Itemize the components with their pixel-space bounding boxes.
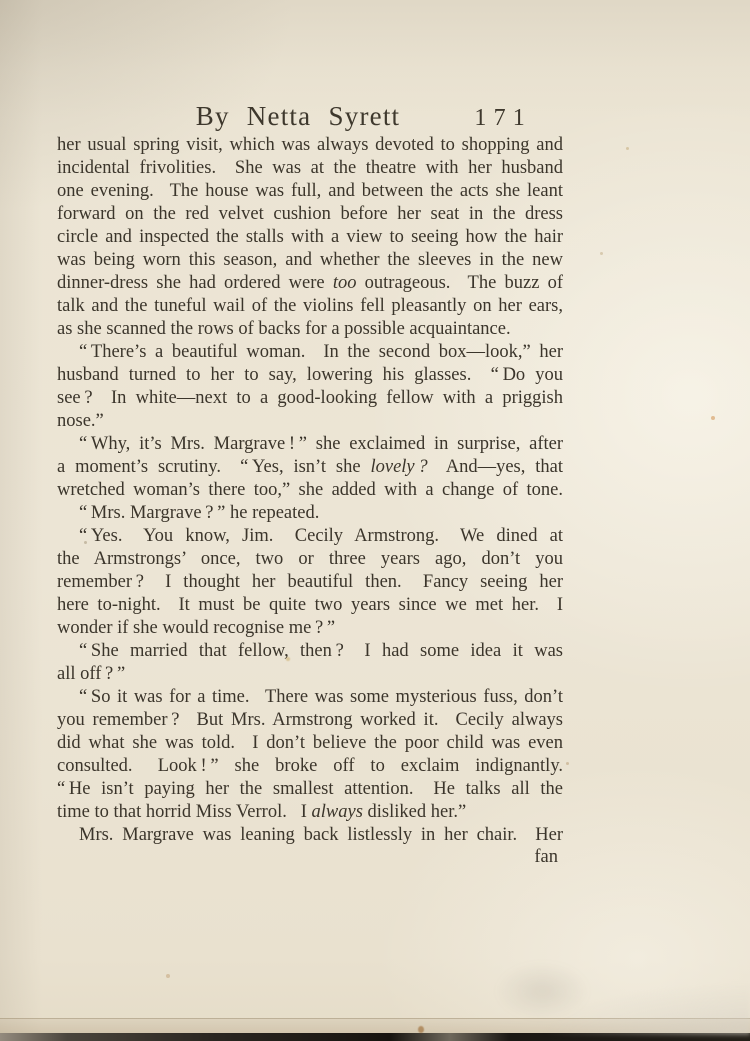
text-line: was being worn this season, and whether … (57, 249, 563, 272)
text-line: you remember ? But Mrs. Armstrong worked… (57, 709, 563, 732)
text-line: consulted. Look ! ” she broke off to exc… (57, 755, 563, 778)
text-line: see ? In white—next to a good-looking fe… (57, 387, 563, 410)
text-line: Mrs. Margrave was leaning back listlessl… (57, 824, 563, 847)
text-line: her usual spring visit, which was always… (57, 134, 563, 157)
text-block: her usual spring visit, which was always… (57, 134, 563, 847)
text-line: time to that horrid Miss Verrol. I alway… (57, 801, 563, 824)
text-line: the Armstrongs’ once, two or three years… (57, 548, 563, 571)
paper-speck (286, 657, 290, 661)
text-line: forward on the red velvet cushion before… (57, 203, 563, 226)
paper-speck (166, 974, 170, 978)
page-number: 171 (474, 104, 532, 132)
paper-speck (711, 416, 715, 420)
paper-speck (566, 762, 569, 765)
text-line: incidental frivolities. She was at the t… (57, 157, 563, 180)
text-line: “ He isn’t paying her the smallest atten… (57, 778, 563, 801)
text-line: did what she was told. I don’t believe t… (57, 732, 563, 755)
text-line: talk and the tuneful wail of the violins… (57, 295, 563, 318)
text-line: “ She married that fellow, then ? I had … (57, 640, 563, 663)
text-line: “ Why, it’s Mrs. Margrave ! ” she exclai… (57, 433, 563, 456)
text-line: as she scanned the rows of backs for a p… (57, 318, 563, 341)
text-line: all off ? ” (57, 663, 563, 686)
text-line: “ Yes. You know, Jim. Cecily Armstrong. … (57, 525, 563, 548)
text-line: circle and inspected the stalls with a v… (57, 226, 563, 249)
text-line: nose.” (57, 410, 563, 433)
text-line: a moment’s scrutiny. “ Yes, isn’t she lo… (57, 456, 563, 479)
paper-speck (418, 1026, 424, 1033)
text-line: “ There’s a beautiful woman. In the seco… (57, 341, 563, 364)
text-line: wretched woman’s there too,” she added w… (57, 479, 563, 502)
page-curl-highlight (540, 983, 750, 1035)
paper-speck (600, 252, 603, 255)
catchword: fan (57, 846, 558, 869)
book-page: By Netta Syrett 171 her usual spring vis… (0, 0, 750, 1041)
text-line: here to-night. It must be quite two year… (57, 594, 563, 617)
text-line: “ So it was for a time. There was some m… (57, 686, 563, 709)
text-line: one evening. The house was full, and bet… (57, 180, 563, 203)
text-line: remember ? I thought her beautiful then.… (57, 571, 563, 594)
paper-speck (626, 147, 629, 150)
text-line: dinner-dress she had ordered were too ou… (57, 272, 563, 295)
text-line: “ Mrs. Margrave ? ” he repeated. (57, 502, 563, 525)
paper-speck (84, 541, 87, 544)
text-line: husband turned to her to say, lowering h… (57, 364, 563, 387)
text-line: wonder if she would recognise me ? ” (57, 617, 563, 640)
